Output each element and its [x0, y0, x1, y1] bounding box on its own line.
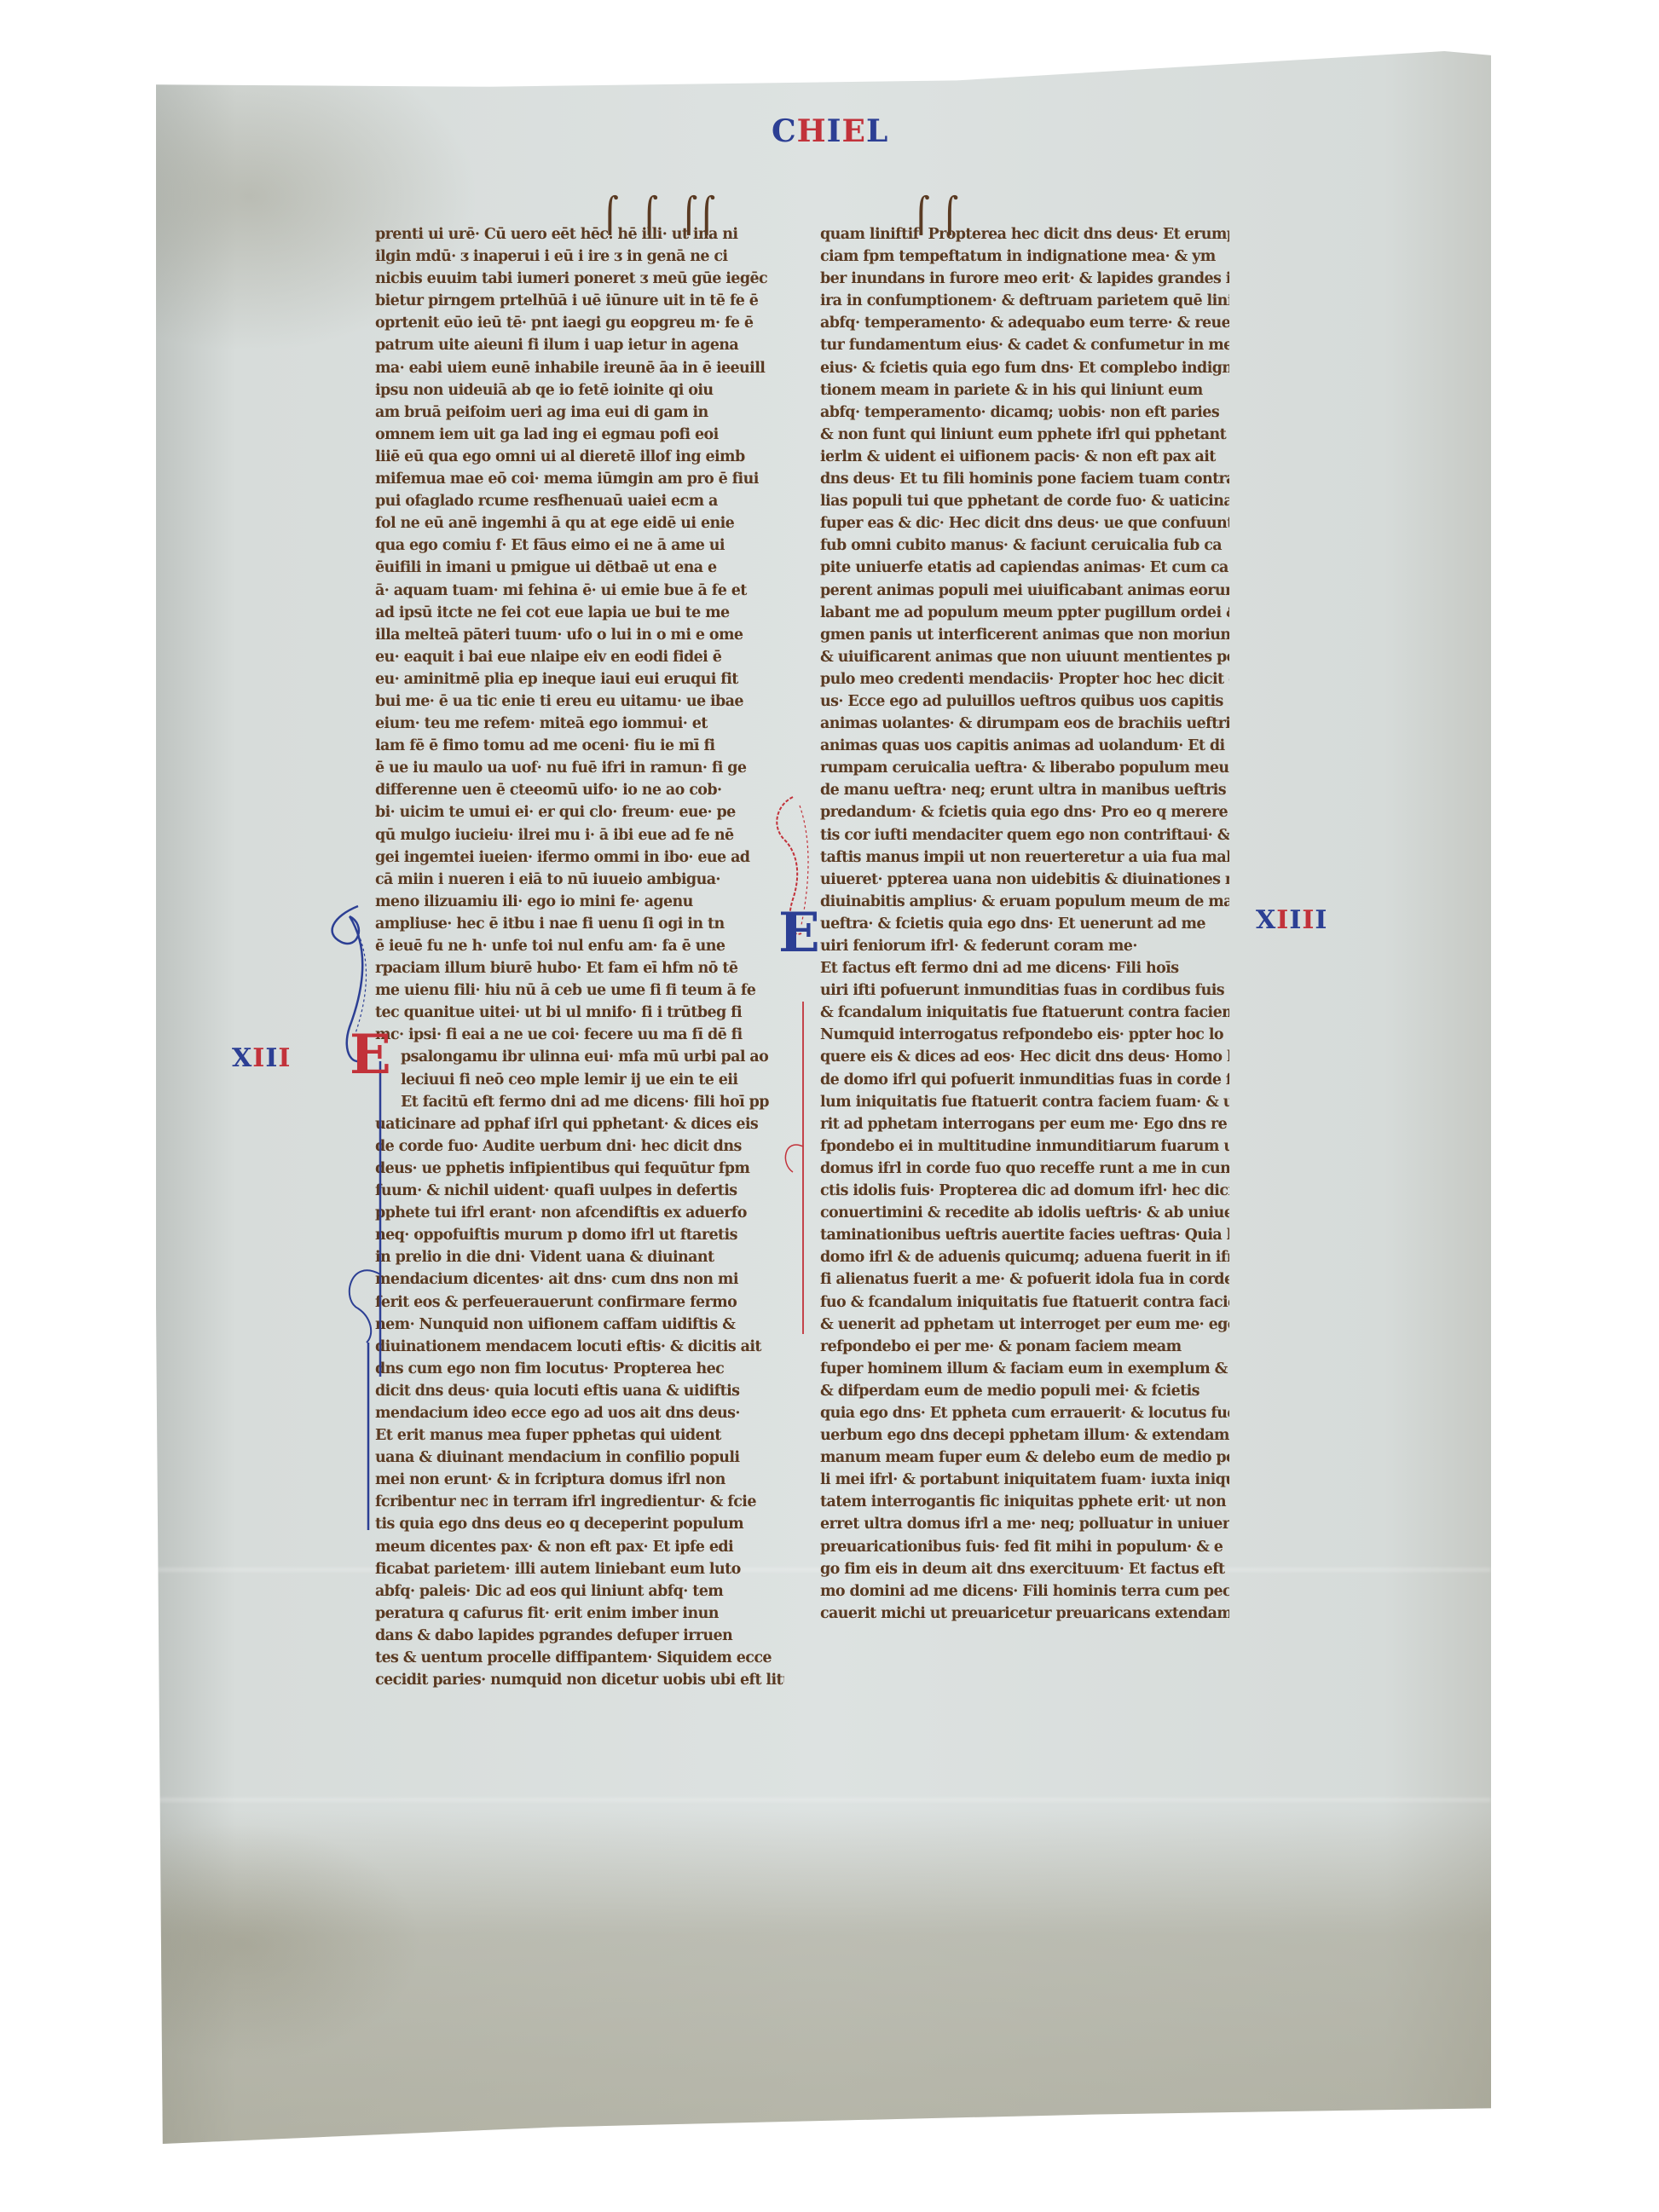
text-line: tec quanitue uitei· ut bi ul mnifo· fi i…	[375, 1002, 784, 1024]
decorated-initial-center: E	[778, 906, 820, 961]
penwork-flourish-left	[324, 899, 392, 1547]
text-line: eu· eaquit i bai eue nlaipe eiv en eodi …	[375, 646, 784, 668]
chapter-numeral-right: XIIII	[1256, 905, 1327, 935]
numeral-letter: I	[1289, 905, 1302, 935]
text-line: Et facitū eft fermo dni ad me dicens· fi…	[375, 1091, 784, 1113]
text-line: quam liniftif· Propterea hec dicit dns d…	[820, 223, 1229, 245]
text-line: predandum· & fcietis quia ego dns· Pro e…	[820, 801, 1229, 823]
text-line: dans & dabo lapides pgrandes defuper irr…	[375, 1625, 784, 1647]
text-line: lias populi tui que pphetant de corde fu…	[820, 490, 1229, 512]
text-line: dns deus· Et tu fili hominis pone faciem…	[820, 468, 1229, 490]
text-line: & uenerit ad pphetam ut interroget per e…	[820, 1314, 1229, 1336]
text-line: cecidit paries· numquid non dicetur uobi…	[375, 1669, 784, 1691]
text-line: pphete tui ifrl erant· non afcendiftis e…	[375, 1202, 784, 1224]
text-line: cā miin i nueren i eiā to nū iuueio ambi…	[375, 869, 784, 891]
header-letter: H	[797, 113, 827, 149]
text-line: ira in confumptionem· & deftruam pariete…	[820, 290, 1229, 312]
text-line: oprtenit eūo ieū tē· pnt iaegi gu eopgre…	[375, 312, 784, 334]
text-line: fuper hominem illum & faciam eum in exem…	[820, 1358, 1229, 1380]
text-line: lum iniquitatis fue ftatuerit contra fac…	[820, 1091, 1229, 1113]
text-line: ēuifili in imani u pmigue ui dētbaē ut e…	[375, 557, 784, 579]
text-line: & difperdam eum de medio populi mei· & f…	[820, 1380, 1229, 1402]
text-line: me uienu fili· hiu nū ā ceb ue ume fi fi…	[375, 979, 784, 1002]
text-line: peratura q cafurus fit· erit enim imber …	[375, 1603, 784, 1625]
text-line: uerbum ego dns decepi pphetam illum· & e…	[820, 1424, 1229, 1447]
text-line: mifemua mae eō coi· mema iūmgin am pro ē…	[375, 468, 784, 490]
text-line: patrum uite aieuni fi ilum i uap ietur i…	[375, 334, 784, 356]
text-line: perent animas populi mei uiuificabant an…	[820, 580, 1229, 602]
text-line: animas uolantes· & dirumpam eos de brach…	[820, 713, 1229, 735]
text-line: pite uniuerfe etatis ad capiendas animas…	[820, 557, 1229, 579]
text-column-right: quam liniftif· Propterea hec dicit dns d…	[820, 223, 1229, 1625]
text-line: ciam fpm tempeftatum in indignatione mea…	[820, 245, 1229, 268]
text-line: domo ifrl & de aduenis quicumq; aduena f…	[820, 1246, 1229, 1268]
text-line: eium· teu me refem· miteā ego iommui· et	[375, 713, 784, 735]
text-line: mo domini ad me dicens· Fili hominis ter…	[820, 1580, 1229, 1603]
numeral-letter: X	[232, 1043, 252, 1073]
text-line: gei ingemtei iueien· ifermo ommi in ibo·…	[375, 846, 784, 869]
text-line: ilgin mdū· ᴣ inaperui i eū i ire ᴣ in ge…	[375, 245, 784, 268]
text-line: mendacium dicentes· ait dns· cum dns non…	[375, 1268, 784, 1291]
text-line: omnem iem uit ga lad ing ei egmau pofi e…	[375, 424, 784, 446]
header-letter: I	[827, 113, 842, 149]
text-column-left: prenti ui urē· Cū uero eēt hēc. hē illi·…	[375, 223, 784, 1691]
text-line: rit ad pphetam interrogans per eum me· E…	[820, 1113, 1229, 1135]
text-line: abfq· paleis· Dic ad eos qui liniunt abf…	[375, 1580, 784, 1603]
text-line: ē ue iu maulo ua uof· nu fuē ifri in ram…	[375, 757, 784, 779]
text-line: us· Ecce ego ad puluillos ueftros quibus…	[820, 690, 1229, 713]
text-line: bietur pirngem prtelhūā i uē iūnure uit …	[375, 290, 784, 312]
numeral-letter: I	[265, 1043, 278, 1073]
text-line: am bruā peifoim ueri ag ima eui di gam i…	[375, 401, 784, 424]
text-line: ipsu non uideuiā ab qe io fetē ioinite q…	[375, 379, 784, 401]
parchment-crease	[156, 1799, 1491, 1801]
text-line: ē ieuē fu ne h· unfe toi nul enfu am· fa…	[375, 935, 784, 957]
text-line: Numquid interrogatus refpondebo eis· ppt…	[820, 1024, 1229, 1046]
numeral-letter: I	[252, 1043, 265, 1073]
text-line: prenti ui urē· Cū uero eēt hēc. hē illi·…	[375, 223, 784, 245]
numeral-letter: I	[1276, 905, 1289, 935]
text-line: qū mulgo iucieiu· ilrei mu i· ā ibi eue …	[375, 824, 784, 846]
text-line: meno ilizuamiu ili· ego io mini fe· agen…	[375, 891, 784, 913]
text-line: go fim eis in deum ait dns exercituum· E…	[820, 1558, 1229, 1580]
text-line: fub omni cubito manus· & faciunt ceruica…	[820, 534, 1229, 557]
text-line: meum dicentes pax· & non eft pax· Et ipf…	[375, 1536, 784, 1558]
text-line: tionem meam in pariete & in his qui lini…	[820, 379, 1229, 401]
text-line: ueftra· & fcietis quia ego dns· Et uener…	[820, 913, 1229, 935]
text-line: neq· oppofuiftis murum p domo ifrl ut ft…	[375, 1224, 784, 1246]
numeral-letter: I	[1302, 905, 1315, 935]
header-letter: C	[772, 113, 797, 149]
text-line: animas quas uos capitis animas ad uoland…	[820, 735, 1229, 757]
text-line: rumpam ceruicalia ueftra· & liberabo pop…	[820, 757, 1229, 779]
text-line: quere eis & dices ad eos· Hec dicit dns …	[820, 1046, 1229, 1068]
numeral-letter: X	[1256, 905, 1276, 935]
penwork-flourish-center	[767, 788, 818, 1351]
numeral-letter: I	[1315, 905, 1327, 935]
text-line: nem· Nunquid non uifionem caffam uidifti…	[375, 1314, 784, 1336]
text-line: tis quia ego dns deus eo q deceperint po…	[375, 1513, 784, 1535]
text-line: fuo & fcandalum iniquitatis fue ftatueri…	[820, 1291, 1229, 1314]
text-line: & fcandalum iniquitatis fue ftatuerunt c…	[820, 1002, 1229, 1024]
text-line: de domo ifrl qui pofuerit inmunditias fu…	[820, 1069, 1229, 1091]
text-line: fuum· & nichil uident· quafi uulpes in d…	[375, 1180, 784, 1202]
text-line: ā· aquam tuam· mi fehina ē· ui emie bue …	[375, 580, 784, 602]
text-line: dns cum ego non fim locutus· Propterea h…	[375, 1358, 784, 1380]
text-line: fi alienatus fuerit a me· & pofuerit ido…	[820, 1268, 1229, 1291]
text-line: uana & diuinant mendacium in confilio po…	[375, 1447, 784, 1469]
text-line: deus· ue pphetis infipientibus qui fequū…	[375, 1158, 784, 1180]
text-line: erret ultra domus ifrl a me· neq; pollua…	[820, 1513, 1229, 1535]
text-line: mc· ipsi· fi eai a ne ue coi· fecere uu …	[375, 1024, 784, 1046]
text-line: uiri feniorum ifrl· & federunt coram me·	[820, 935, 1229, 957]
text-line: differenne uen ē cteeomū uifo· io ne ao …	[375, 779, 784, 801]
text-line: refpondebo ei per me· & ponam faciem mea…	[820, 1336, 1229, 1358]
text-line: de corde fuo· Audite uerbum dni· hec dic…	[375, 1135, 784, 1158]
text-line: fpondebo ei in multitudine inmunditiarum…	[820, 1135, 1229, 1158]
text-line: fcribentur nec in terram ifrl ingredient…	[375, 1491, 784, 1513]
text-line: tes & uentum procelle diffipantem· Siqui…	[375, 1647, 784, 1669]
text-line: uaticinare ad pphaf iſrl qui pphetant· &…	[375, 1113, 784, 1135]
text-line: illa melteā pāteri tuum· ufo o lui in o …	[375, 624, 784, 646]
text-line: li mei ifrl· & portabunt iniquitatem fua…	[820, 1469, 1229, 1491]
text-line: dicit dns deus· quia locuti eftis uana &…	[375, 1380, 784, 1402]
text-line: cauerit michi ut preuaricetur preuarican…	[820, 1603, 1229, 1625]
text-line: uiueret· ppterea uana non uidebitis & di…	[820, 869, 1229, 891]
decorated-initial-left: E	[350, 1028, 391, 1083]
text-line: liiē eū qua ego omni ui al dieretē illof…	[375, 446, 784, 468]
text-line: ber inundans in furore meo erit· & lapid…	[820, 268, 1229, 290]
text-line: & uiuificarent animas que non uiuunt men…	[820, 646, 1229, 668]
chapter-numeral-left: XIII	[232, 1043, 291, 1073]
text-line: rpaciam illum biurē hubo· Et fam eī hfm …	[375, 957, 784, 979]
text-line: leciuui fi neō ceo mple lemir ij ue ein …	[375, 1069, 784, 1091]
text-line: Et erit manus mea fuper pphetas qui uide…	[375, 1424, 784, 1447]
text-line: ctis idolis fuis· Propterea dic ad domum…	[820, 1180, 1229, 1202]
text-line: bi· uicim te umui ei· er qui clo· freum·…	[375, 801, 784, 823]
text-line: ma· eabi uiem eunē inhabile ireunē āa in…	[375, 357, 784, 379]
text-line: mei non erunt· & in fcriptura domus ifrl…	[375, 1469, 784, 1491]
text-line: pulo meo credenti mendaciis· Propter hoc…	[820, 668, 1229, 690]
text-line: bui me· ē ua tic enie ti ereu eu uitamu·…	[375, 690, 784, 713]
text-line: psalongamu ibr ulinna eui· mfa mū urbi p…	[375, 1046, 784, 1068]
text-line: uiri ifti pofuerunt inmunditias fuas in …	[820, 979, 1229, 1002]
text-line: ficabat parietem· illi autem liniebant e…	[375, 1558, 784, 1580]
text-line: & non funt qui liniunt eum pphete ifrl q…	[820, 424, 1229, 446]
text-line: taftis manus impii ut non reuerteretur a…	[820, 846, 1229, 869]
text-line: ierlm & uident ei uifionem pacis· & non …	[820, 446, 1229, 468]
text-line: ferit eos & perfeuerauerunt confirmare f…	[375, 1291, 784, 1314]
text-line: Et factus eft fermo dni ad me dicens· Fi…	[820, 957, 1229, 979]
text-line: ampliuse· hec ē itbu i nae fi uenu ſi og…	[375, 913, 784, 935]
text-line: qua ego comiu f· Et fāus eimo ei ne ā am…	[375, 534, 784, 557]
text-line: diuinationem mendacem locuti eftis· & di…	[375, 1336, 784, 1358]
text-line: de manu ueftra· neq; erunt ultra in mani…	[820, 779, 1229, 801]
text-line: mendacium ideo ecce ego ad uos ait dns d…	[375, 1402, 784, 1424]
text-line: in prelio in die dni· Vident uana & diui…	[375, 1246, 784, 1268]
text-line: quia ego dns· Et ppheta cum errauerit· &…	[820, 1402, 1229, 1424]
running-header: CHIEL	[772, 113, 888, 149]
text-line: manum meam fuper eum & delebo eum de med…	[820, 1447, 1229, 1469]
text-line: fol ne eū anē ingemhi ā qu at ege eidē u…	[375, 512, 784, 534]
text-line: lam fē ē fimo tomu ad me oceni· fiu ie m…	[375, 735, 784, 757]
text-line: taminationibus ueftris auertite facies u…	[820, 1224, 1229, 1246]
text-line: diuinabitis amplius· & eruam populum meu…	[820, 891, 1229, 913]
text-line: conuertimini & recedite ab idolis ueftri…	[820, 1202, 1229, 1224]
text-line: tur fundamentum eius· & cadet & confumet…	[820, 334, 1229, 356]
text-line: pui ofaglado rcume resfhenuaū uaiei ecm …	[375, 490, 784, 512]
numeral-letter: I	[278, 1043, 291, 1073]
text-line: abfq· temperamento· & adequabo eum terre…	[820, 312, 1229, 334]
text-line: fuper eas & dic· Hec dicit dns deus· ue …	[820, 512, 1229, 534]
text-line: domus ifrl in corde fuo quo receffe runt…	[820, 1158, 1229, 1180]
text-line: nicbis euuim tabi iumeri poneret ᴣ meū g…	[375, 268, 784, 290]
text-line: preuaricationibus fuis· fed fit mihi in …	[820, 1536, 1229, 1558]
text-line: gmen panis ut interficerent animas que n…	[820, 624, 1229, 646]
header-letter: E	[842, 113, 866, 149]
text-line: tis cor iufti mendaciter quem ego non co…	[820, 824, 1229, 846]
text-line: eius· & fcietis quia ego fum dns· Et com…	[820, 357, 1229, 379]
header-letter: L	[866, 113, 888, 149]
text-line: labant me ad populum meum ppter pugillum…	[820, 602, 1229, 624]
text-line: tatem interrogantis fic iniquitas pphete…	[820, 1491, 1229, 1513]
text-line: eu· aminitmē plia ep ineque iaui eui eru…	[375, 668, 784, 690]
text-line: ad ipsū itcte ne fei cot eue lapia ue bu…	[375, 602, 784, 624]
text-line: abfq· temperamento· dicamq; uobis· non e…	[820, 401, 1229, 424]
